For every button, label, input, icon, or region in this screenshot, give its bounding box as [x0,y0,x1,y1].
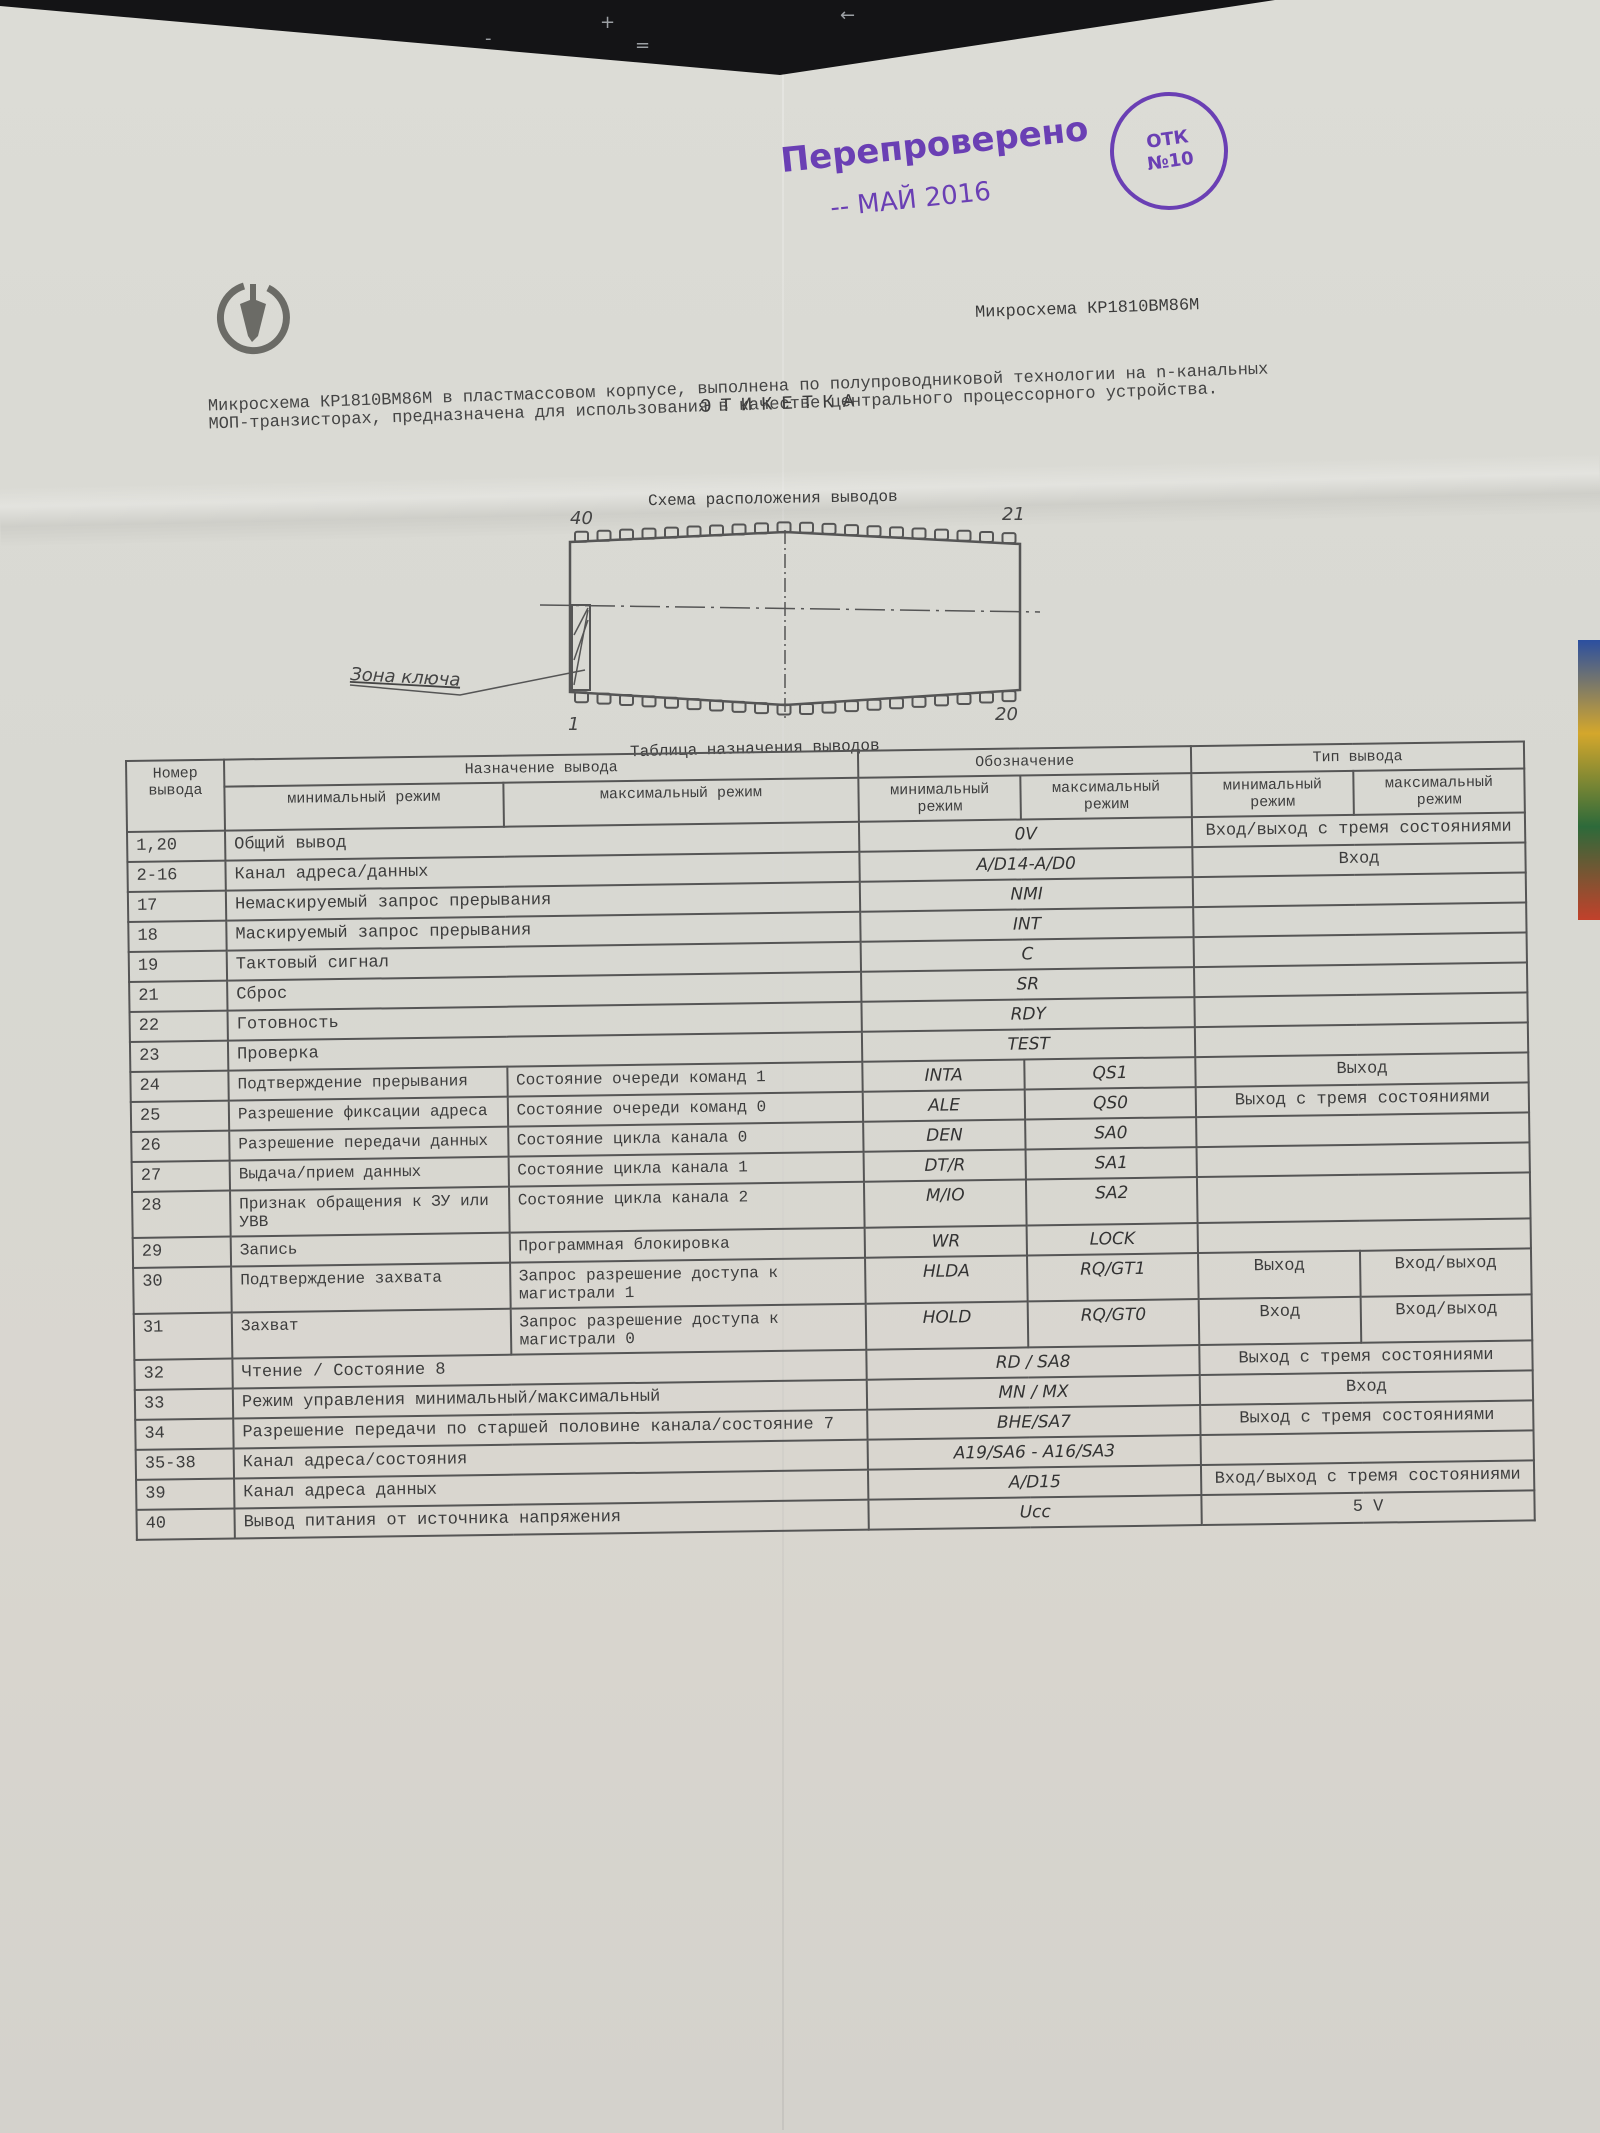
designation-min-cell: HOLD [866,1301,1029,1349]
designation-cell: A/D14-A/D0 [860,847,1193,882]
pin-number-cell: 33 [135,1389,233,1420]
pin-number-cell: 21 [129,981,227,1012]
type-cell [1193,902,1526,937]
purpose-min-cell: Подтверждение прерывания [228,1067,507,1101]
type-min-cell: Выход [1198,1251,1361,1299]
type-cell: 5 V [1201,1490,1534,1525]
pin-assignment-table: Номер вывода Назначение вывода Обозначен… [125,740,1536,1540]
pin-number-cell: 17 [128,891,226,922]
type-cell [1194,992,1527,1027]
pin-table-body: 1,20Общий вывод0VВход/выход с тремя сост… [127,812,1535,1539]
designation-cell: RDY [862,997,1195,1032]
pin-number-cell: 31 [134,1313,233,1360]
type-cell [1194,962,1527,997]
pin-number-cell: 27 [132,1161,230,1192]
type-cell: Вход [1192,842,1525,877]
type-max-cell: Вход/выход [1360,1248,1532,1296]
pin-number-cell: 19 [129,951,227,982]
designation-max-cell: RQ/GT1 [1027,1253,1199,1301]
type-cell: Выход с тремя состояниями [1196,1082,1529,1117]
purpose-min-cell: Разрешение передачи данных [229,1127,508,1161]
designation-min-cell: ALE [863,1089,1025,1121]
verification-stamp: Перепроверено [779,109,1090,181]
type-cell [1194,932,1527,967]
header-purpose-min: минимальный режим [224,783,503,831]
document-name: Микросхема КР1810ВМ86М [975,296,1200,323]
designation-min-cell: HLDA [865,1255,1028,1303]
designation-cell: INT [860,907,1193,942]
pin-number-cell: 18 [128,921,226,952]
intro-text: Микросхема КР1810ВМ86М в пластмассовом к… [208,361,1270,434]
pin-number-cell: 39 [136,1479,234,1510]
manufacturer-logo-icon [212,278,294,360]
purpose-min-cell: Выдача/прием данных [230,1157,509,1191]
type-cell: Вход/выход с тремя состояниями [1201,1460,1534,1495]
qc-round-stamp: ОТК №10 [1102,84,1235,217]
designation-cell: NMI [860,877,1193,912]
type-min-cell: Вход [1199,1297,1362,1345]
purpose-max-cell: Запрос разрешение доступа к магистрали 1 [510,1258,866,1309]
header-designation-min: минимальный режим [859,775,1022,821]
type-cell [1198,1218,1531,1253]
type-cell [1193,872,1526,907]
purpose-min-cell: Разрешение фиксации адреса [229,1097,508,1131]
keyboard-key: + [600,12,615,33]
pin-number-cell: 35-38 [136,1449,234,1480]
pin-label-20: 20 [995,704,1018,725]
designation-cell: SR [861,967,1194,1002]
type-cell [1197,1172,1531,1223]
pin-number-cell: 28 [132,1191,231,1238]
designation-cell: A19/SA6 - A16/SA3 [868,1435,1201,1470]
designation-cell: C [861,937,1194,972]
purpose-max-cell: Состояние очереди команд 1 [507,1062,863,1097]
designation-max-cell: SA2 [1026,1177,1198,1225]
designation-cell: A/D15 [868,1465,1201,1500]
type-cell [1195,1022,1528,1057]
pin-label-1: 1 [568,714,579,730]
designation-max-cell: QS1 [1024,1057,1195,1089]
type-cell [1196,1112,1529,1147]
document-sheet: Перепроверено -- МАЙ 2016 ОТК №10 Микрос… [0,0,1600,2133]
designation-min-cell: DEN [863,1119,1025,1151]
header-type-max: максимальный режим [1353,768,1525,814]
designation-max-cell: RQ/GT0 [1028,1299,1200,1347]
purpose-max-cell: Состояние цикла канала 1 [508,1152,864,1187]
pin-number-cell: 22 [130,1011,228,1042]
designation-cell: Ucc [869,1495,1202,1530]
designation-cell: MN / MX [867,1375,1200,1410]
pin-number-cell: 23 [130,1041,228,1072]
purpose-min-cell: Захват [232,1309,511,1359]
pin-number-cell: 26 [131,1131,229,1162]
designation-max-cell: QS0 [1025,1087,1196,1119]
type-cell: Выход с тремя состояниями [1199,1340,1532,1375]
type-cell [1197,1142,1530,1177]
type-cell: Выход с тремя состояниями [1200,1400,1533,1435]
type-cell [1201,1430,1534,1465]
designation-cell: 0V [859,817,1192,852]
designation-cell: RD / SA8 [867,1345,1200,1380]
type-cell: Вход [1200,1370,1533,1405]
designation-max-cell: SA1 [1026,1147,1197,1179]
pin-number-cell: 29 [133,1237,231,1268]
keyboard-key: ← [840,5,855,26]
header-type-min: минимальный режим [1191,771,1354,817]
type-max-cell: Вход/выход [1361,1294,1533,1342]
header-designation-max: максимальный режим [1020,773,1192,819]
designation-cell: BHE/SA7 [867,1405,1200,1440]
designation-min-cell: INTA [862,1059,1024,1091]
purpose-min-cell: Запись [231,1233,510,1267]
verification-date-stamp: -- МАЙ 2016 [829,177,992,224]
keyboard-key: = [635,35,650,56]
pin-number-cell: 1,20 [127,831,225,862]
designation-min-cell: DT/R [864,1149,1026,1181]
pin-number-cell: 25 [131,1101,229,1132]
designation-min-cell: WR [865,1225,1027,1257]
purpose-max-cell: Состояние цикла канала 0 [508,1122,864,1157]
pin-number-cell: 24 [130,1071,228,1102]
pin-number-cell: 32 [134,1359,232,1390]
type-cell: Вход/выход с тремя состояниями [1192,812,1525,847]
purpose-min-cell: Признак обращения к ЗУ или УВВ [230,1187,509,1237]
type-cell: Выход [1195,1052,1528,1087]
purpose-max-cell: Программная блокировка [509,1228,865,1263]
purpose-min-cell: Подтверждение захвата [231,1263,510,1313]
pin-label-21: 21 [1002,504,1025,525]
background-object-edge [1578,640,1600,920]
pin-number-cell: 40 [136,1509,234,1540]
header-pin-number: Номер вывода [126,760,225,832]
purpose-max-cell: Состояние очереди команд 0 [507,1092,863,1127]
designation-min-cell: M/IO [864,1179,1027,1227]
pin-number-cell: 30 [133,1267,232,1314]
pin-number-cell: 2-16 [127,861,225,892]
designation-max-cell: SA0 [1025,1117,1196,1149]
pin-label-40: 40 [570,508,593,529]
keyboard-key: - [485,28,492,49]
designation-max-cell: LOCK [1027,1223,1198,1255]
purpose-max-cell: Запрос разрешение доступа к магистрали 0 [510,1304,866,1355]
designation-cell: TEST [862,1027,1195,1062]
header-purpose-max: максимальный режим [503,778,859,827]
pin-number-cell: 34 [135,1419,233,1450]
purpose-max-cell: Состояние цикла канала 2 [509,1182,865,1233]
pinout-diagram: 40 21 1 20 Зона ключа [330,500,1060,730]
